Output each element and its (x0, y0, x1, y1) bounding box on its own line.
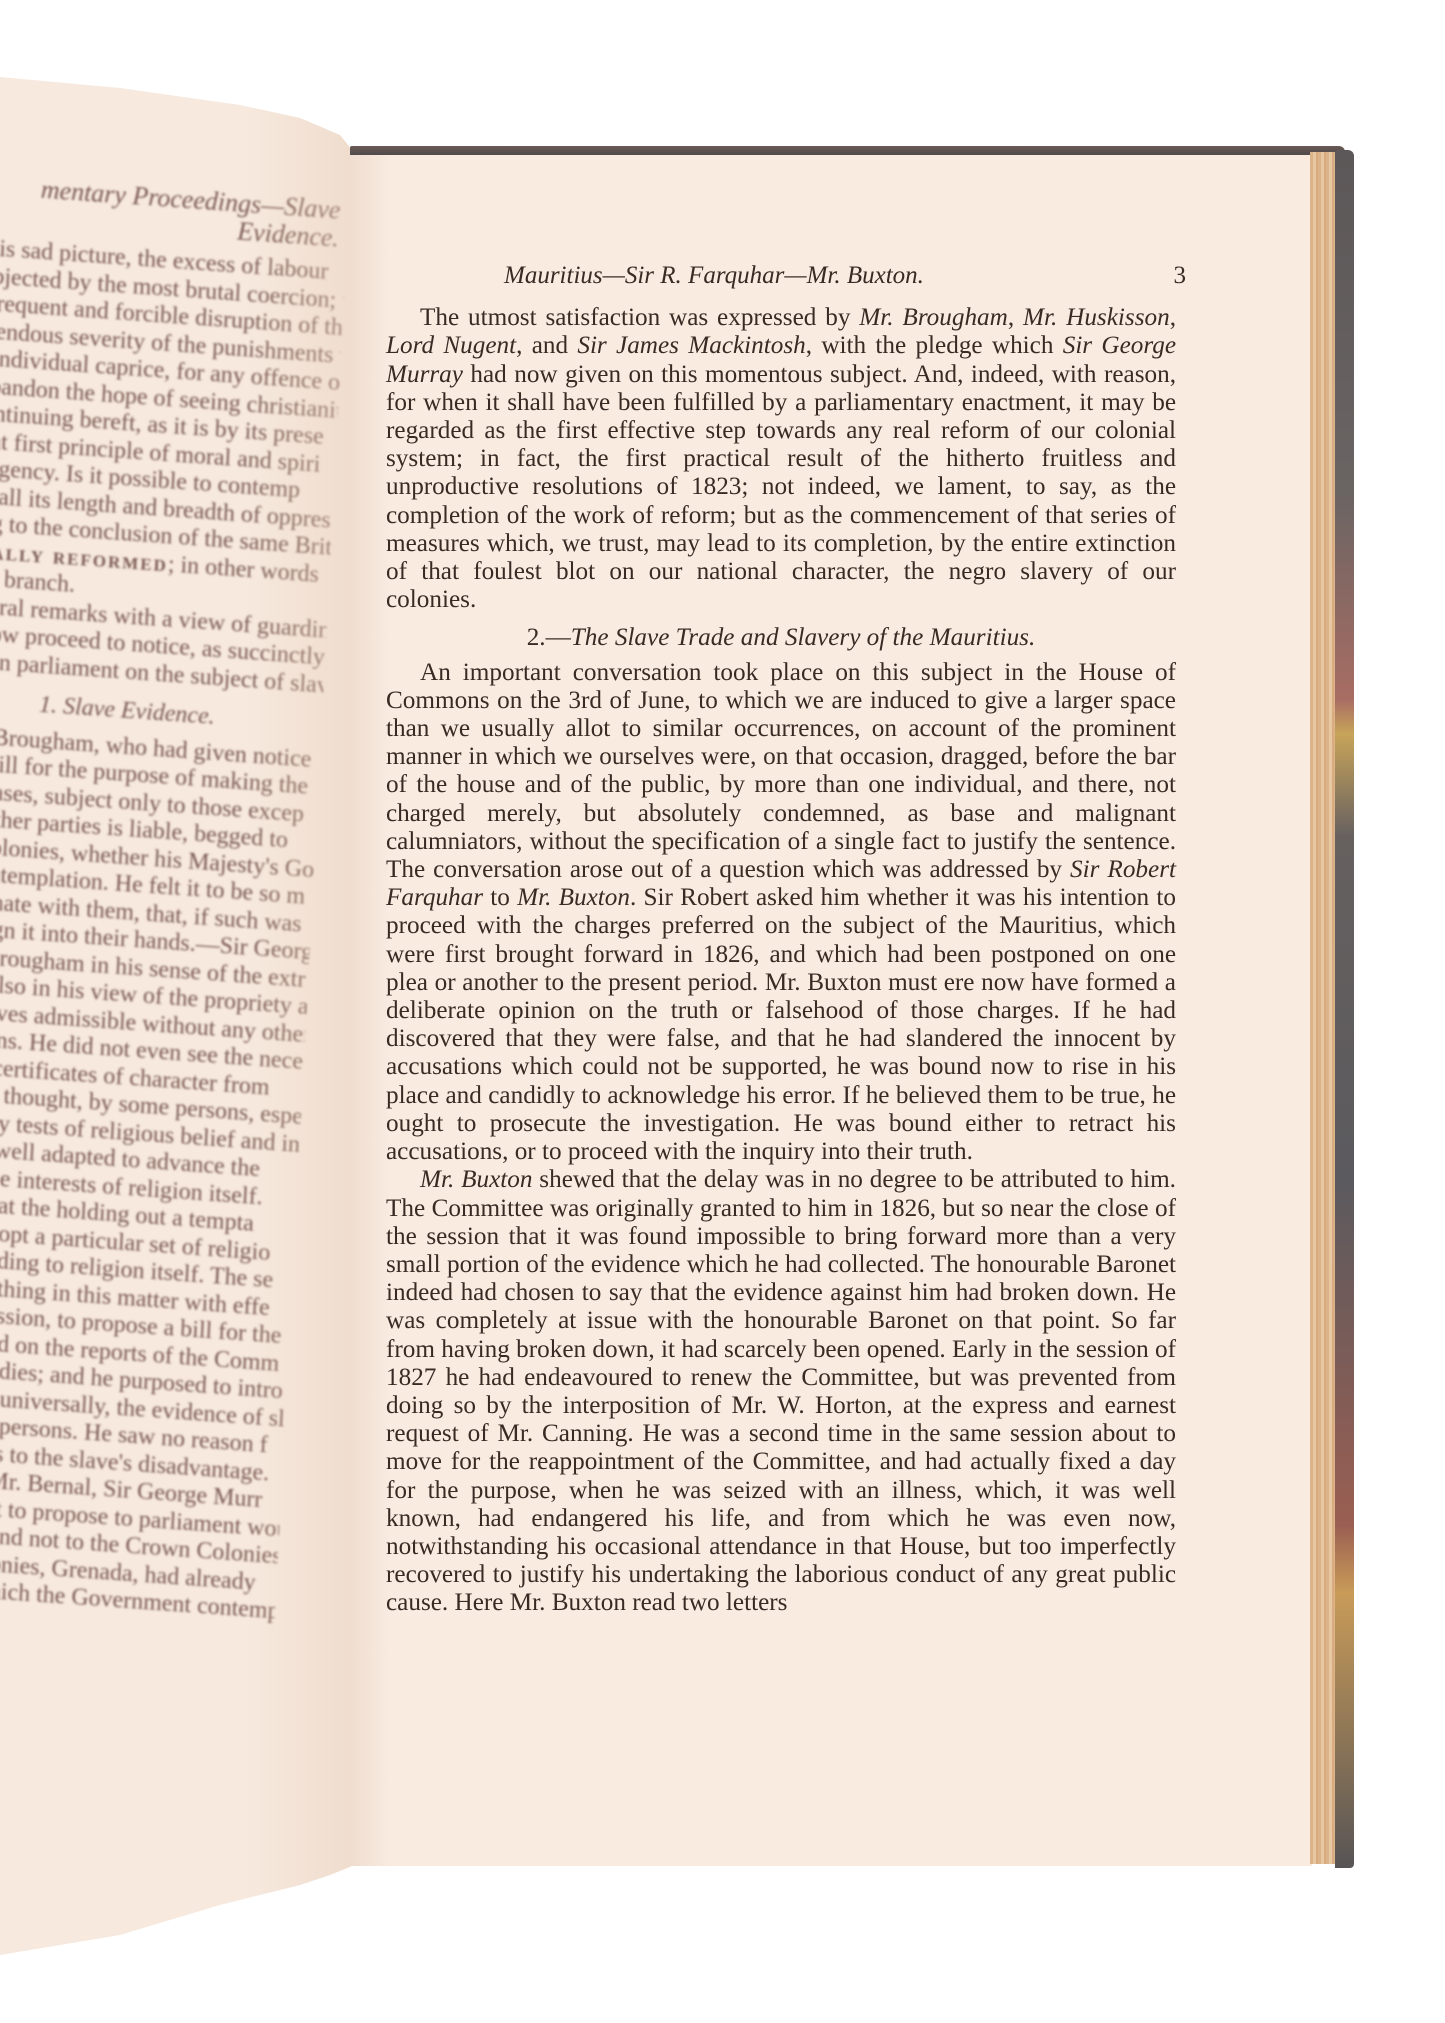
left-page-line: in all cases, subject only to those exce… (0, 775, 317, 830)
left-page-line: m, in all its length and breadth of oppr… (0, 480, 333, 535)
left-page-line: tary agency. Is it possible to contemp (0, 453, 334, 508)
left-page-line: he West Indies; and he purposed to intro (0, 1351, 287, 1406)
section-heading: 2.—The Slave Trade and Slavery of the Ma… (386, 624, 1176, 652)
left-page-line: and degrading to religion itself. The se (0, 1242, 293, 1297)
left-page-line: th Mr. Brougham in his sense of the extr (0, 939, 309, 994)
left-page-line: measure which the Government contempl (0, 1571, 276, 1626)
italic-name: Mr. Huskisson (1023, 304, 1170, 331)
left-page-line: exceptions. He did not even see the nece (0, 1022, 304, 1077)
left-page-line: distinctions to the slave's disadvantage… (0, 1434, 283, 1489)
left-page-line: ct, and also in his view of the propriet… (0, 967, 307, 1022)
left-page-line: the frequent and forcible disruption of … (0, 288, 343, 343)
left-page-line: tism, or certificates of character from (0, 1049, 303, 1104)
left-page-line: e general remarks with a view of guardin… (0, 590, 327, 645)
left-page-line: had been thought, by some persons, espe (0, 1077, 302, 1132)
left-page-line: re he meant to propose to parliament wou (0, 1489, 280, 1544)
left-page-line: e subjected by the most brutal coercion;… (0, 260, 344, 315)
left-page-line: , by individual caprice, for any offence… (0, 343, 340, 398)
left-page-line: of all other parties is liable, begged t… (0, 802, 316, 857)
left-page-line: dly resign it into their hands.—Sir Geor… (0, 912, 310, 967)
left-page-line: n, continuing bereft, as it is by its pr… (0, 398, 337, 453)
left-page-line: one, to adopt a particular set of religi… (0, 1214, 294, 1269)
left-page-line: ce of slaves admissible without any othe… (0, 994, 306, 1049)
left-page-line: romote the interests of religion itself. (0, 1159, 297, 1214)
left-page-line: ld originate with them, that, if such wa… (0, 885, 312, 940)
left-page-line: hall now proceed to notice, as succinctl… (0, 617, 326, 672)
paragraph-2: An important conversation took place on … (386, 659, 1176, 1167)
italic-name: Sir Robert Farquhar (386, 856, 1176, 911)
running-head-title: Mauritius—Sir R. Farquhar—Mr. Buxton. (504, 262, 924, 290)
left-page-line: to do any thing in this matter with effe (0, 1269, 292, 1324)
paragraph-1: The utmost satisfaction was expressed by… (386, 304, 1176, 614)
left-page-line: es, founded on the reports of the Comm (0, 1324, 289, 1379)
left-page-line: assed in parliament on the subject of sl… (0, 645, 324, 700)
left-page-line: he next session, to propose a bill for t… (0, 1296, 290, 1351)
left-page-lines-top: to this sad picture, the excess of labou… (0, 233, 346, 562)
left-running-head: mentary Proceedings—Slave Evidence. (0, 170, 349, 252)
left-page-line: ell abandon the hope of seeing christian… (0, 370, 339, 425)
left-page-line: of that first principle of moral and spi… (0, 425, 336, 480)
left-page-line: y, Mr. Brougham, who had given notice (0, 720, 320, 775)
right-page-text: Mauritius—Sir R. Farquhar—Mr. Buxton. 3 … (386, 262, 1176, 1618)
paragraph-3: Mr. Buxton shewed that the delay was in … (386, 1166, 1176, 1617)
left-page-line: to this sad picture, the excess of labou… (0, 233, 346, 288)
italic-name: Mr. Buxton (420, 1166, 532, 1193)
left-facing-page: mentary Proceedings—Slave Evidence. to t… (0, 0, 352, 2023)
italic-name: Sir James Mackintosh (577, 332, 805, 359)
left-page-line: tion from Mr. Bernal, Sir George Murr (0, 1461, 281, 1516)
left-page-line: oming to the conclusion of the same Brit (0, 508, 331, 563)
left-page-subheading: 1. Slave Evidence. (0, 684, 322, 739)
top-cover-edge (350, 146, 1345, 155)
small-caps-text: adically reformed (0, 535, 169, 577)
left-page-line: ard a Bill for the purpose of making the (0, 747, 319, 802)
left-page-line: admitting, universally, the evidence of … (0, 1379, 286, 1434)
left-page-lines-mid: ot and branch.e general remarks with a v… (0, 562, 329, 699)
section-number: 2.— (527, 624, 571, 651)
page-number: 3 (1174, 262, 1187, 290)
left-page-line: a course well adapted to advance the (0, 1132, 299, 1187)
left-page-lines-bottom: y, Mr. Brougham, who had given noticeard… (0, 720, 320, 1626)
italic-name: Lord Nugent (386, 332, 516, 359)
left-page-line: generally, and not to the Crown Colonies (0, 1516, 279, 1571)
left-page-line: at of other persons. He saw no reason f (0, 1406, 284, 1461)
section-title: The Slave Trade and Slavery of the Mauri… (571, 624, 1036, 651)
running-head: Mauritius—Sir R. Farquhar—Mr. Buxton. 3 (386, 262, 1176, 290)
page-block-edges (1310, 152, 1336, 1864)
left-page-line: pinion, that the holding out a tempta (0, 1187, 296, 1242)
left-page-line: r the Colonies, whether his Majesty's Go… (0, 830, 315, 885)
italic-name: Mr. Brougham (859, 304, 1008, 331)
left-page-line: tremendous severity of the punishments w… (0, 315, 341, 370)
left-page-line: n in contemplation. He felt it to be so … (0, 857, 313, 912)
left-page-text: mentary Proceedings—Slave Evidence. to t… (0, 170, 349, 1626)
left-page-line: reliminary tests of religious belief and… (0, 1104, 300, 1159)
left-page-line: ot and branch. (0, 562, 329, 617)
italic-name: Mr. Buxton (517, 884, 630, 911)
left-page-line: artered colonies, Grenada, had already (0, 1544, 277, 1599)
marbled-cover-edge (1335, 150, 1354, 1868)
left-page-small-caps-line: adically reformed; in other words (0, 535, 330, 590)
